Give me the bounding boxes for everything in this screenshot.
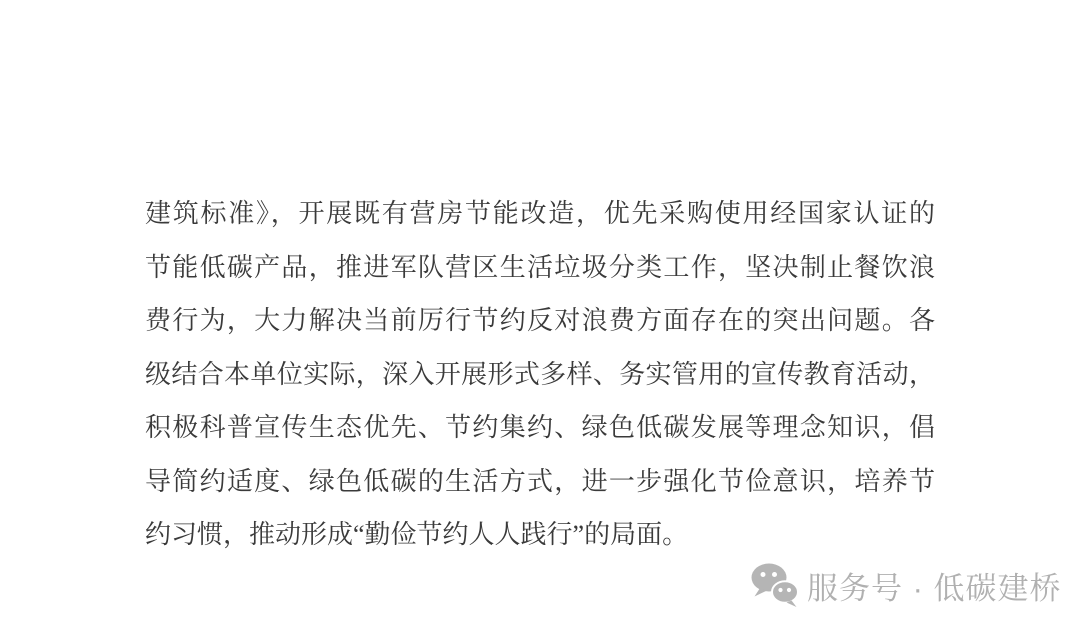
paragraph-line: 级结合本单位实际，深入开展形式多样、务实管用的宣传教育活动， [145, 348, 935, 402]
paragraph-line: 建筑标准》，开展既有营房节能改造，优先采购使用经国家认证的 [145, 187, 935, 241]
paragraph-line: 节能低碳产品，推进军队营区生活垃圾分类工作，坚决制止餐饮浪 [145, 241, 935, 295]
article-text-block: 建筑标准》，开展既有营房节能改造，优先采购使用经国家认证的 节能低碳产品，推进军… [145, 187, 935, 562]
document-page: 建筑标准》，开展既有营房节能改造，优先采购使用经国家认证的 节能低碳产品，推进军… [0, 0, 1080, 626]
watermark-label: 服务号 · 低碳建桥 [807, 563, 1062, 608]
wechat-icon [750, 562, 800, 608]
paragraph-line: 约习惯，推动形成“勤俭节约人人践行”的局面。 [145, 508, 935, 562]
paragraph-line: 积极科普宣传生态优先、节约集约、绿色低碳发展等理念知识，倡 [145, 401, 935, 455]
wechat-watermark: 服务号 · 低碳建桥 [750, 562, 1062, 608]
paragraph-line: 费行为，大力解决当前厉行节约反对浪费方面存在的突出问题。各 [145, 294, 935, 348]
paragraph-line: 导简约适度、绿色低碳的生活方式，进一步强化节俭意识，培养节 [145, 455, 935, 509]
